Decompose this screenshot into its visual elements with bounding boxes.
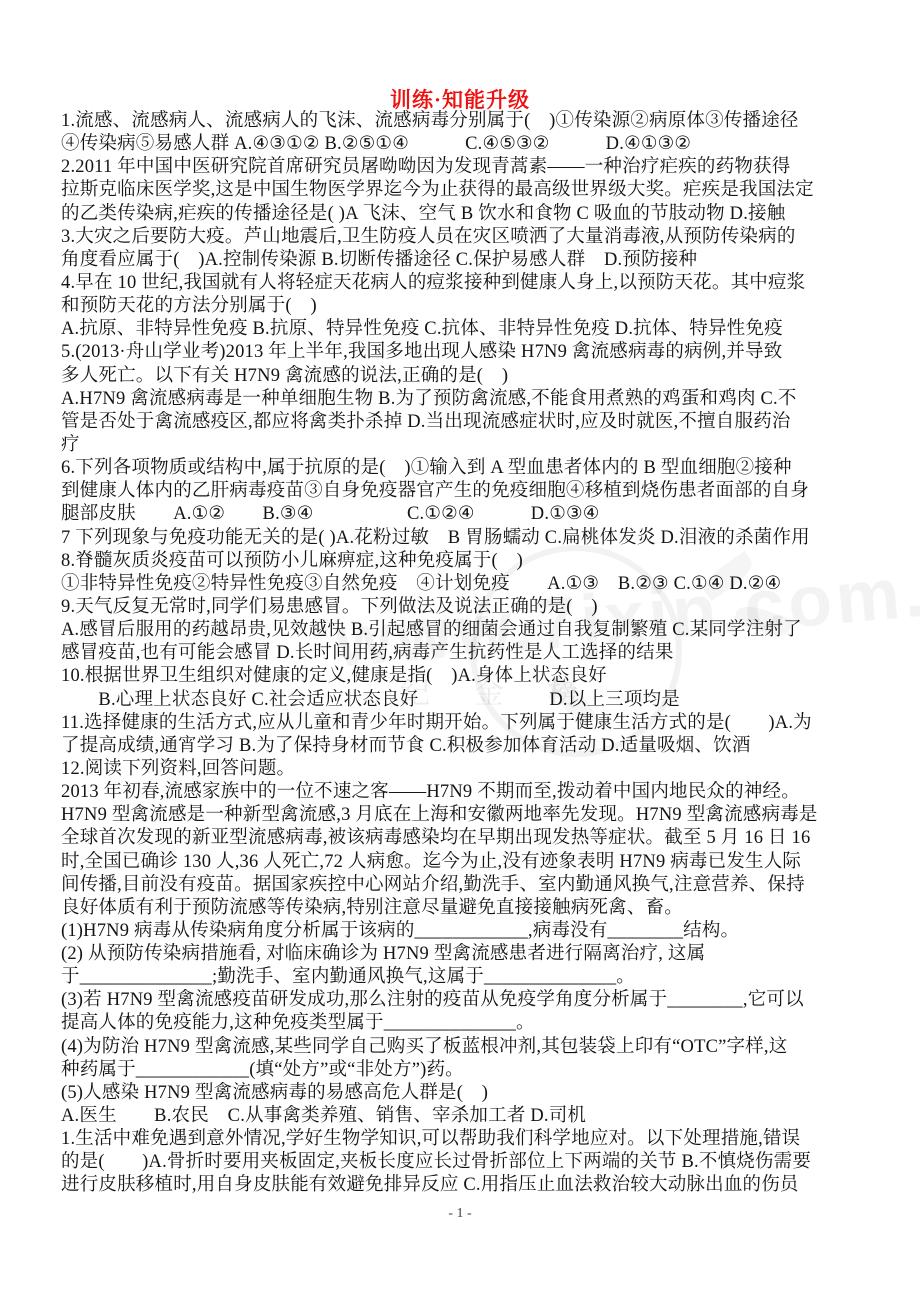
text-line: B.心理上状态良好 C.社会适应状态良好 D.以上三项均是 xyxy=(61,689,866,712)
text-line: 12.阅读下列资料,回答问题。 xyxy=(61,758,866,781)
text-line: 10.根据世界卫生组织对健康的定义,健康是指( )A.身体上状态良好 xyxy=(61,665,866,688)
text-line: 1.生活中难免遇到意外情况,学好生物学知识,可以帮助我们科学地应对。以下处理措施… xyxy=(61,1128,866,1151)
text-line: 全球首次发现的新亚型流感病毒,被该病毒感染均在早期出现发热等症状。截至 5 月 … xyxy=(61,827,866,850)
text-line: (4)为防治 H7N9 型禽流感,某些同学自己购买了板蓝根冲剂,其包装袋上印有“… xyxy=(61,1036,866,1059)
text-line: 间传播,目前没有疫苗。据国家疾控中心网站介绍,勤洗手、室内勤通风换气,注意营养、… xyxy=(61,874,866,897)
text-line: 2.2011 年中国中医研究院首席研究员屠呦呦因为发现青蒿素——一种治疗疟疾的药… xyxy=(61,156,866,179)
text-line: 多人死亡。以下有关 H7N9 禽流感的说法,正确的是( ) xyxy=(61,365,866,388)
text-line: A.感冒后服用的药越昂贵,见效越快 B.引起感冒的细菌会通过自我复制繁殖 C.某… xyxy=(61,619,866,642)
text-line: 2013 年初春,流感家族中的一位不速之客——H7N9 不期而至,拨动着中国内地… xyxy=(61,781,866,804)
text-line: H7N9 型禽流感是一种新型禽流感,3 月底在上海和安徽两地率先发现。H7N9 … xyxy=(61,804,866,827)
text-line: 拉斯克临床医学奖,这是中国生物医学界迄今为止获得的最高级世界级大奖。疟疾是我国法… xyxy=(61,179,866,202)
text-line: 良好体质有利于预防流感等传染病,特别注意尽量避免直接接触病死禽、畜。 xyxy=(61,897,866,920)
text-line: 于______________;勤洗手、室内勤通风换气,这属于_________… xyxy=(61,966,866,989)
question-text-block: 1.流感、流感病人、流感病人的飞沫、流感病毒分别属于( )①传染源②病原体③传播… xyxy=(61,110,866,1198)
text-line: 角度看应属于( )A.控制传染源 B.切断传播途径 C.保护易感人群 D.预防接… xyxy=(61,249,866,272)
text-line: 了提高成绩,通宵学习 B.为了保持身材而节食 C.积极参加体育活动 D.适量吸烟… xyxy=(61,735,866,758)
text-line: ④传染病⑤易感人群 A.④③①② B.②⑤①④ C.④⑤③② D.④①③② xyxy=(61,133,866,156)
text-line: A.H7N9 禽流感病毒是一种单细胞生物 B.为了预防禽流感,不能食用煮熟的鸡蛋… xyxy=(61,388,866,411)
text-line: 疗 xyxy=(61,434,866,457)
text-line: 腿部皮肤 A.①② B.③④ C.①②④ D.①③④ xyxy=(61,503,866,526)
text-line: 1.流感、流感病人、流感病人的飞沫、流感病毒分别属于( )①传染源②病原体③传播… xyxy=(61,110,866,133)
text-line: (2) 从预防传染病措施看, 对临床确诊为 H7N9 型禽流感患者进行隔离治疗,… xyxy=(61,943,866,966)
text-line: (1)H7N9 病毒从传染病角度分析属于该病的____________,病毒没有… xyxy=(61,920,866,943)
text-line: 时,全国已确诊 130 人,36 人死亡,72 人病愈。迄今为止,没有迹象表明 … xyxy=(61,851,866,874)
text-line: 7 下列现象与免疫功能无关的是( )A.花粉过敏 B 胃肠蠕动 C.扁桃体发炎 … xyxy=(61,527,866,550)
text-line: 到健康人体内的乙肝病毒疫苗③自身免疫器官产生的免疫细胞④移植到烧伤患者面部的自身 xyxy=(61,480,866,503)
text-line: 的是( )A.骨折时要用夹板固定,夹板长度应长过骨折部位上下两端的关节 B.不慎… xyxy=(61,1151,866,1174)
text-line: 进行皮肤移植时,用自身皮肤能有效避免排异反应 C.用指压止血法救治较大动脉出血的… xyxy=(61,1174,866,1197)
text-line: 4.早在 10 世纪,我国就有人将轻症天花病人的痘浆接种到健康人身上,以预防天花… xyxy=(61,272,866,295)
text-line: (3)若 H7N9 型禽流感疫苗研发成功,那么注射的疫苗从免疫学角度分析属于__… xyxy=(61,989,866,1012)
text-line: 3.大灾之后要防大疫。芦山地震后,卫生防疫人员在灾区喷洒了大量消毒液,从预防传染… xyxy=(61,226,866,249)
text-line: ①非特异性免疫②特异性免疫③自然免疫 ④计划免疫 A.①③ B.②③ C.①④ … xyxy=(61,573,866,596)
text-line: 和预防天花的方法分别属于( ) xyxy=(61,295,866,318)
text-line: 种药属于____________(填“处方”或“非处方”)药。 xyxy=(61,1059,866,1082)
text-line: 11.选择健康的生活方式,应从儿童和青少年时期开始。下列属于健康生活方式的是( … xyxy=(61,712,866,735)
text-line: 9.天气反复无常时,同学们易患感冒。下列做法及说法正确的是( ) xyxy=(61,596,866,619)
text-line: 5.(2013·舟山学业考)2013 年上半年,我国多地出现人感染 H7N9 禽… xyxy=(61,341,866,364)
text-line: A.抗原、非特异性免疫 B.抗原、特异性免疫 C.抗体、非特异性免疫 D.抗体、… xyxy=(61,318,866,341)
text-line: A.医生 B.农民 C.从事禽类养殖、销售、宰杀加工者 D.司机 xyxy=(61,1105,866,1128)
text-line: 的乙类传染病,疟疾的传播途径是( )A 飞沫、空气 B 饮水和食物 C 吸血的节… xyxy=(61,203,866,226)
text-line: 6.下列各项物质或结构中,属于抗原的是( )①输入到 A 型血患者体内的 B 型… xyxy=(61,457,866,480)
text-line: 8.脊髓灰质炎疫苗可以预防小儿麻痹症,这种免疫属于( ) xyxy=(61,550,866,573)
text-line: 管是否处于禽流感疫区,都应将禽类扑杀掉 D.当出现流感症状时,应及时就医,不擅自… xyxy=(61,411,866,434)
text-line: 感冒疫苗,也有可能会感冒 D.长时间用药,病毒产生抗药性是人工选择的结果 xyxy=(61,642,866,665)
text-line: 提高人体的免疫能力,这种免疫类型属于______________。 xyxy=(61,1012,866,1035)
document-page: www.7jxin.com.cn 纪金榜 训练·知能升级 1.流感、流感病人、流… xyxy=(0,0,920,1302)
page-number: - 1 - xyxy=(0,1206,920,1222)
text-line: (5)人感染 H7N9 型禽流感病毒的易感高危人群是( ) xyxy=(61,1082,866,1105)
